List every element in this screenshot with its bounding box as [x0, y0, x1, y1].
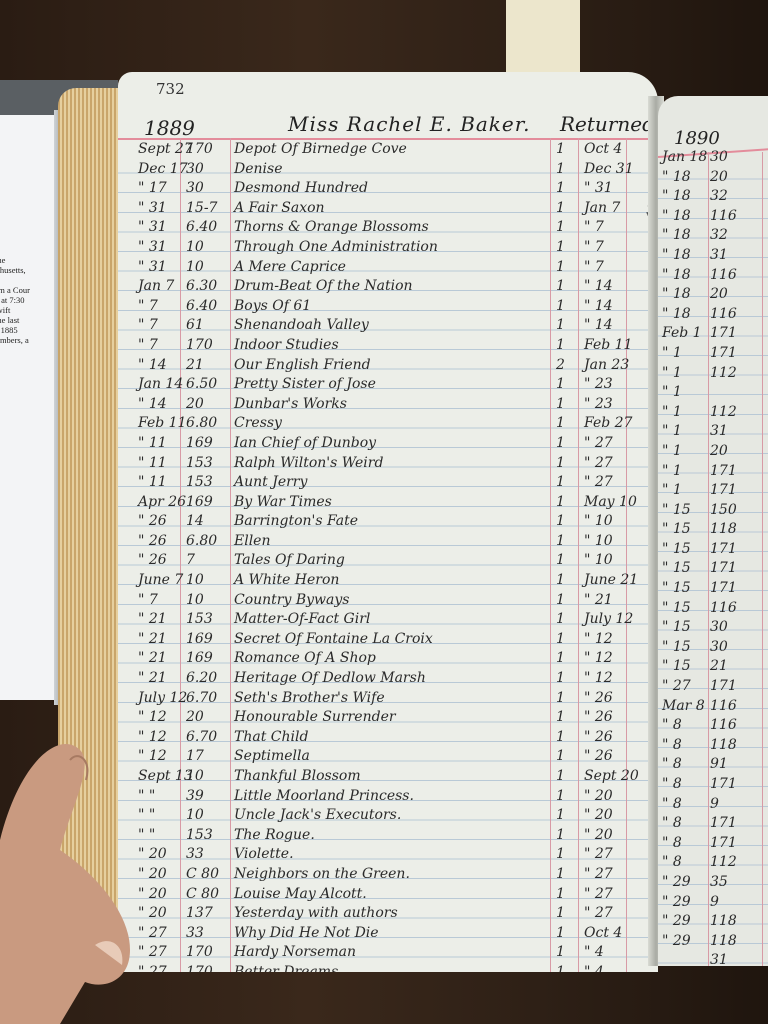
- call-number: 170: [186, 944, 230, 960]
- returned-date: " 12: [584, 631, 613, 647]
- returned-date: " 23: [584, 376, 613, 392]
- ledger-row: Sept 27170Depot Of Birnedge Cove1Oct 4: [118, 140, 658, 160]
- ledger-row: " 20C 80Louise May Alcott.1" 27: [118, 885, 658, 905]
- call-number: 17: [186, 748, 230, 764]
- entry-date: " 18: [662, 227, 691, 243]
- entry-date: " 1: [662, 482, 682, 498]
- entry-date: " 8: [662, 796, 682, 812]
- book-title: That Child: [234, 729, 308, 745]
- returned-date: " 10: [584, 513, 613, 529]
- entry-date: " 18: [662, 169, 691, 185]
- ledger-row: " 8118: [658, 736, 768, 756]
- quantity: 1: [556, 219, 565, 235]
- quantity: 1: [556, 592, 565, 608]
- entry-date: " 21: [138, 670, 182, 686]
- returned-date: " 4: [584, 944, 604, 960]
- book-title: Thankful Blossom: [234, 768, 361, 784]
- ledger-row: " 27170Hardy Norseman1" 4: [118, 943, 658, 963]
- quantity: 1: [556, 807, 565, 823]
- quantity: 1: [556, 259, 565, 275]
- call-number: 6.80: [186, 415, 230, 431]
- book-title: A White Heron: [234, 572, 339, 588]
- returned-date: " 27: [584, 866, 613, 882]
- entry-date: " 8: [662, 815, 682, 831]
- ledger-row: " 1832: [658, 187, 768, 207]
- call-number: 171: [710, 815, 737, 831]
- jacket-text-line: assachusetts,: [0, 265, 52, 275]
- entry-date: " 8: [662, 854, 682, 870]
- entry-date: " 18: [662, 286, 691, 302]
- call-number: 116: [710, 698, 737, 714]
- entry-date: " 27: [662, 678, 691, 694]
- entry-date: " 26: [138, 552, 182, 568]
- book-title: Ralph Wilton's Weird: [234, 455, 383, 471]
- quantity: 1: [556, 298, 565, 314]
- quantity: 1: [556, 141, 565, 157]
- call-number: 116: [710, 600, 737, 616]
- call-number: 6.40: [186, 219, 230, 235]
- book-title: Indoor Studies: [234, 337, 339, 353]
- ledger-row: July 126.70Seth's Brother's Wife1" 26: [118, 689, 658, 709]
- entry-date: Dec 17: [138, 161, 182, 177]
- quantity: 1: [556, 631, 565, 647]
- quantity: 1: [556, 670, 565, 686]
- entry-date: " 17: [138, 180, 182, 196]
- book-title: Pretty Sister of Jose: [234, 376, 376, 392]
- entry-date: " 12: [138, 709, 182, 725]
- jacket-text: ing theassachusetts, o form a Cour1885 a…: [0, 255, 52, 345]
- returned-date: " 12: [584, 670, 613, 686]
- ledger-row: " 131: [658, 422, 768, 442]
- quantity: 1: [556, 455, 565, 471]
- book-title: Septimella: [234, 748, 310, 764]
- entry-date: Feb 11: [138, 415, 182, 431]
- book-title: Desmond Hundred: [234, 180, 368, 196]
- ledger-row: " 1832: [658, 226, 768, 246]
- entry-date: " 20: [138, 886, 182, 902]
- ledger-row: " 3110A Mere Caprice1" 7: [118, 258, 658, 278]
- ledger-row: " 266.80Ellen1" 10: [118, 532, 658, 552]
- entry-date: " 8: [662, 835, 682, 851]
- entry-date: " 29: [662, 933, 691, 949]
- book-title: Ian Chief of Dunboy: [234, 435, 376, 451]
- call-number: 116: [710, 306, 737, 322]
- ledger-row: " 11153Ralph Wilton's Weird1" 27: [118, 454, 658, 474]
- returned-date: " 10: [584, 552, 613, 568]
- call-number: 153: [186, 474, 230, 490]
- jacket-paper-insert: ing theassachusetts, o form a Cour1885 a…: [0, 115, 54, 700]
- quantity: 1: [556, 650, 565, 666]
- entry-date: " 29: [662, 874, 691, 890]
- ledger-row: " 89: [658, 795, 768, 815]
- quantity: 1: [556, 846, 565, 862]
- book-title: Depot Of Birnedge Cove: [234, 141, 407, 157]
- entry-date: Jan 14: [138, 376, 182, 392]
- call-number: 169: [186, 631, 230, 647]
- quantity: 1: [556, 415, 565, 431]
- ledger-row: " 299: [658, 893, 768, 913]
- call-number: 7: [186, 552, 230, 568]
- returned-date: " 27: [584, 455, 613, 471]
- returned-date: " 20: [584, 827, 613, 843]
- ledger-row: " 27171: [658, 677, 768, 697]
- ledger-row: " 21153Matter-Of-Fact Girl1July 12: [118, 610, 658, 630]
- ledger-row: " "10Uncle Jack's Executors.1" 20: [118, 806, 658, 826]
- quantity: 1: [556, 866, 565, 882]
- book-title: Matter-Of-Fact Girl: [234, 611, 370, 627]
- entry-date: " ": [138, 788, 182, 804]
- entry-date: Jan 18: [662, 149, 707, 165]
- jacket-text-line: C. Swift: [0, 305, 52, 315]
- ledger-row: " 1112: [658, 403, 768, 423]
- call-number: 20: [710, 286, 728, 302]
- book-title: Cressy: [234, 415, 282, 431]
- ledger-row: " 710Country Byways1" 21: [118, 591, 658, 611]
- call-number: 33: [186, 846, 230, 862]
- returned-date: " 12: [584, 650, 613, 666]
- ledger-row: " 1171: [658, 481, 768, 501]
- entry-date: Apr 26: [138, 494, 182, 510]
- entry-date: " 14: [138, 396, 182, 412]
- call-number: 150: [710, 502, 737, 518]
- call-number: C 80: [186, 886, 230, 902]
- ledger-row: " 11169Ian Chief of Dunboy1" 27: [118, 434, 658, 454]
- ledger-row: Dec 1730Denise1Dec 31: [118, 160, 658, 180]
- returned-date: " 21: [584, 592, 613, 608]
- call-number: 170: [186, 964, 230, 972]
- ledger-row: " 76.40Boys Of 611" 14: [118, 297, 658, 317]
- book-title: By War Times: [234, 494, 332, 510]
- entry-date: " 7: [138, 298, 182, 314]
- returned-date: " 26: [584, 748, 613, 764]
- book-title: Yesterday with authors: [234, 905, 398, 921]
- ledger-left-page: 732 1889 Miss Rachel E. Baker. Returned …: [118, 72, 658, 972]
- book-title: Ellen: [234, 533, 270, 549]
- call-number: 6.40: [186, 298, 230, 314]
- call-number: 9: [710, 796, 719, 812]
- book-title: Seth's Brother's Wife: [234, 690, 385, 706]
- call-number: 10: [186, 259, 230, 275]
- entry-date: " 1: [662, 384, 682, 400]
- returned-date: Jan 23: [584, 357, 629, 373]
- call-number: 118: [710, 933, 737, 949]
- ledger-row: " 20C 80Neighbors on the Green.1" 27: [118, 865, 658, 885]
- ledger-row: " 1112: [658, 364, 768, 384]
- call-number: 33: [186, 925, 230, 941]
- ledger-row: Jan 1830: [658, 148, 768, 168]
- entry-date: " 7: [138, 592, 182, 608]
- ledger-row: Feb 1171: [658, 324, 768, 344]
- call-number: 30: [710, 619, 728, 635]
- ledger-row: " 7170Indoor Studies1Feb 11: [118, 336, 658, 356]
- book-title: Heritage Of Dedlow Marsh: [234, 670, 426, 686]
- entry-date: " ": [138, 807, 182, 823]
- call-number: 118: [710, 521, 737, 537]
- call-number: 31: [710, 247, 728, 263]
- quantity: 1: [556, 494, 565, 510]
- entry-date: " 31: [138, 259, 182, 275]
- call-number: 61: [186, 317, 230, 333]
- entry-date: " ": [138, 827, 182, 843]
- call-number: 10: [186, 592, 230, 608]
- returned-date: " 10: [584, 533, 613, 549]
- call-number: 10: [186, 572, 230, 588]
- call-number: 6.50: [186, 376, 230, 392]
- entry-date: July 12: [138, 690, 182, 706]
- quantity: 2: [556, 357, 565, 373]
- ledger-row: " 8171: [658, 834, 768, 854]
- quantity: 1: [556, 317, 565, 333]
- call-number: 30: [186, 180, 230, 196]
- page-number: 732: [156, 80, 185, 98]
- book-title: Barrington's Fate: [234, 513, 358, 529]
- entry-date: " 8: [662, 737, 682, 753]
- ledger-row: " 1: [658, 383, 768, 403]
- quantity: 1: [556, 572, 565, 588]
- call-number: 20: [710, 443, 728, 459]
- returned-date: " 20: [584, 807, 613, 823]
- quantity: 1: [556, 886, 565, 902]
- ledger-row: " 15150: [658, 501, 768, 521]
- entry-date: " 1: [662, 404, 682, 420]
- returned-date: May 10: [584, 494, 637, 510]
- entry-date: Mar 8: [662, 698, 705, 714]
- quantity: 1: [556, 239, 565, 255]
- entry-date: " 21: [138, 611, 182, 627]
- entry-date: " 27: [138, 964, 182, 972]
- call-number: 153: [186, 827, 230, 843]
- returned-date: Dec 31: [584, 161, 634, 177]
- book-title: Through One Administration: [234, 239, 438, 255]
- book-title: Boys Of 61: [234, 298, 311, 314]
- call-number: 171: [710, 580, 737, 596]
- quantity: 1: [556, 474, 565, 490]
- ledger-row: " 3115-7A Fair Saxon1Jan 7: [118, 199, 658, 219]
- call-number: 6.20: [186, 670, 230, 686]
- entry-date: " 29: [662, 913, 691, 929]
- jacket-text-line: s, members, a: [0, 335, 52, 345]
- ledger-row: Jan 76.30Drum-Beat Of the Nation1" 14: [118, 277, 658, 297]
- entry-date: " 12: [138, 729, 182, 745]
- quantity: 1: [556, 690, 565, 706]
- ledger-row: " 18116: [658, 305, 768, 325]
- returned-date: " 26: [584, 709, 613, 725]
- book-title: Neighbors on the Green.: [234, 866, 410, 882]
- entry-date: Sept 27: [138, 141, 182, 157]
- quantity: 1: [556, 161, 565, 177]
- call-number: 118: [710, 913, 737, 929]
- ledger-row: " 891: [658, 755, 768, 775]
- returned-date: Sept 20: [584, 768, 639, 784]
- call-number: 171: [710, 463, 737, 479]
- entry-date: " 31: [138, 200, 182, 216]
- entry-date: " 21: [138, 650, 182, 666]
- ledger-row: " 1220Honourable Surrender1" 26: [118, 708, 658, 728]
- ledger-row: " 267Tales Of Daring1" 10: [118, 551, 658, 571]
- ledger-row: " 1421Our English Friend2Jan 23: [118, 356, 658, 376]
- entry-date: Feb 1: [662, 325, 702, 341]
- entry-date: " 26: [138, 513, 182, 529]
- quantity: 1: [556, 513, 565, 529]
- book-title: Denise: [234, 161, 282, 177]
- returned-date: " 7: [584, 259, 604, 275]
- ledger-row: " 21169Romance Of A Shop1" 12: [118, 649, 658, 669]
- returned-date: " 26: [584, 690, 613, 706]
- returned-date: " 7: [584, 219, 604, 235]
- returned-date: " 27: [584, 886, 613, 902]
- entry-date: " 15: [662, 619, 691, 635]
- quantity: 1: [556, 925, 565, 941]
- call-number: 170: [186, 141, 230, 157]
- quantity: 1: [556, 533, 565, 549]
- returned-date: " 31: [584, 180, 613, 196]
- quantity: 1: [556, 788, 565, 804]
- jacket-text-line: 1885 at 7:30: [0, 295, 52, 305]
- entry-date: " 12: [138, 748, 182, 764]
- returned-date: " 27: [584, 474, 613, 490]
- book-title: The Rogue.: [234, 827, 315, 843]
- ledger-row: " 1820: [658, 285, 768, 305]
- call-number: 116: [710, 267, 737, 283]
- call-number: 153: [186, 455, 230, 471]
- book-title: Secret Of Fontaine La Croix: [234, 631, 433, 647]
- returned-date: Oct 4: [584, 925, 622, 941]
- book-title: Romance Of A Shop: [234, 650, 376, 666]
- call-number: 116: [710, 208, 737, 224]
- book-title: Honourable Surrender: [234, 709, 396, 725]
- entry-date: " 8: [662, 717, 682, 733]
- quantity: 1: [556, 180, 565, 196]
- quantity: 1: [556, 709, 565, 725]
- ledger-row: " 8171: [658, 775, 768, 795]
- ledger-row: " 8116: [658, 716, 768, 736]
- call-number: 171: [710, 835, 737, 851]
- entry-date: " 18: [662, 267, 691, 283]
- ledger-row: " 1171: [658, 462, 768, 482]
- book-title: Dunbar's Works: [234, 396, 347, 412]
- entry-date: " 11: [138, 455, 182, 471]
- ledger-row: " 1530: [658, 618, 768, 638]
- ledger-row: " 11153Aunt Jerry1" 27: [118, 473, 658, 493]
- call-number: 15-7: [186, 200, 230, 216]
- ledger-row: " 316.40Thorns & Orange Blossoms1" 7: [118, 218, 658, 238]
- call-number: 35: [710, 874, 728, 890]
- entry-date: " 27: [138, 944, 182, 960]
- call-number: 112: [710, 854, 737, 870]
- entry-date: " 14: [138, 357, 182, 373]
- returned-date: " 27: [584, 435, 613, 451]
- call-number: 31: [710, 952, 728, 966]
- entry-date: " 18: [662, 188, 691, 204]
- call-number: 153: [186, 611, 230, 627]
- book-title: Our English Friend: [234, 357, 371, 373]
- ledger-row: Feb 116.80Cressy1Feb 27: [118, 414, 658, 434]
- ledger-row: " 120: [658, 442, 768, 462]
- call-number: 137: [186, 905, 230, 921]
- entry-date: " 15: [662, 560, 691, 576]
- entry-date: " 1: [662, 365, 682, 381]
- jacket-text-line: from 1885: [0, 325, 52, 335]
- ledger-entries-right: Jan 1830" 1820" 1832" 18116" 1832" 1831"…: [658, 148, 768, 966]
- call-number: 9: [710, 894, 719, 910]
- quantity: 1: [556, 200, 565, 216]
- ledger-row: " 1730Desmond Hundred1" 31: [118, 179, 658, 199]
- ledger-row: " 216.20Heritage Of Dedlow Marsh1" 12: [118, 669, 658, 689]
- entry-date: " 1: [662, 443, 682, 459]
- call-number: 6.70: [186, 729, 230, 745]
- ledger-row: " 15118: [658, 520, 768, 540]
- call-number: 20: [710, 169, 728, 185]
- entry-date: " 15: [662, 658, 691, 674]
- ledger-row: " 2935: [658, 873, 768, 893]
- call-number: 6.80: [186, 533, 230, 549]
- ledger-row: " 761Shenandoah Valley1" 14: [118, 316, 658, 336]
- call-number: C 80: [186, 866, 230, 882]
- call-number: 171: [710, 541, 737, 557]
- paper-bookmark: [506, 0, 580, 74]
- ledger-row: " 1217Septimella1" 26: [118, 747, 658, 767]
- call-number: 10: [186, 768, 230, 784]
- ledger-row: " 20137Yesterday with authors1" 27: [118, 904, 658, 924]
- entry-date: " 1: [662, 345, 682, 361]
- book-title: Why Did He Not Die: [234, 925, 379, 941]
- call-number: 169: [186, 494, 230, 510]
- entry-date: " 7: [138, 337, 182, 353]
- call-number: 171: [710, 678, 737, 694]
- hand-holding-page: [0, 720, 130, 1024]
- book-title: Little Moorland Princess.: [234, 788, 414, 804]
- ledger-row: Apr 26169By War Times1May 10: [118, 493, 658, 513]
- ledger-row: " 126.70That Child1" 26: [118, 728, 658, 748]
- entry-date: " 29: [662, 894, 691, 910]
- call-number: 21: [186, 357, 230, 373]
- ledger-row: " 2033Violette.1" 27: [118, 845, 658, 865]
- returned-date: " 14: [584, 298, 613, 314]
- returned-date: June 21: [584, 572, 638, 588]
- returned-date: July 12: [584, 611, 633, 627]
- call-number: 39: [186, 788, 230, 804]
- header-year: 1889: [144, 116, 195, 140]
- book-title: Country Byways: [234, 592, 349, 608]
- call-number: 116: [710, 717, 737, 733]
- entry-date: " 15: [662, 580, 691, 596]
- ledger-row: " 1521: [658, 657, 768, 677]
- call-number: 112: [710, 404, 737, 420]
- ledger-row: " 1420Dunbar's Works1" 23: [118, 395, 658, 415]
- call-number: 91: [710, 756, 728, 772]
- call-number: 10: [186, 239, 230, 255]
- call-number: 171: [710, 482, 737, 498]
- call-number: 31: [710, 423, 728, 439]
- ledger-row: " 29118: [658, 912, 768, 932]
- quantity: 1: [556, 827, 565, 843]
- entry-date: " 1: [662, 463, 682, 479]
- quantity: 1: [556, 729, 565, 745]
- book-title: Tales Of Daring: [234, 552, 345, 568]
- quantity: 1: [556, 611, 565, 627]
- entry-date: " 20: [138, 905, 182, 921]
- entry-date: " 15: [662, 639, 691, 655]
- book-title: Uncle Jack's Executors.: [234, 807, 401, 823]
- entry-date: " 21: [138, 631, 182, 647]
- returned-date: " 27: [584, 905, 613, 921]
- returned-date: " 7: [584, 239, 604, 255]
- call-number: 170: [186, 337, 230, 353]
- right-page-year: 1890: [674, 128, 720, 149]
- returned-date: Feb 27: [584, 415, 632, 431]
- ledger-row: " 29118: [658, 932, 768, 952]
- ledger-row: " 1171: [658, 344, 768, 364]
